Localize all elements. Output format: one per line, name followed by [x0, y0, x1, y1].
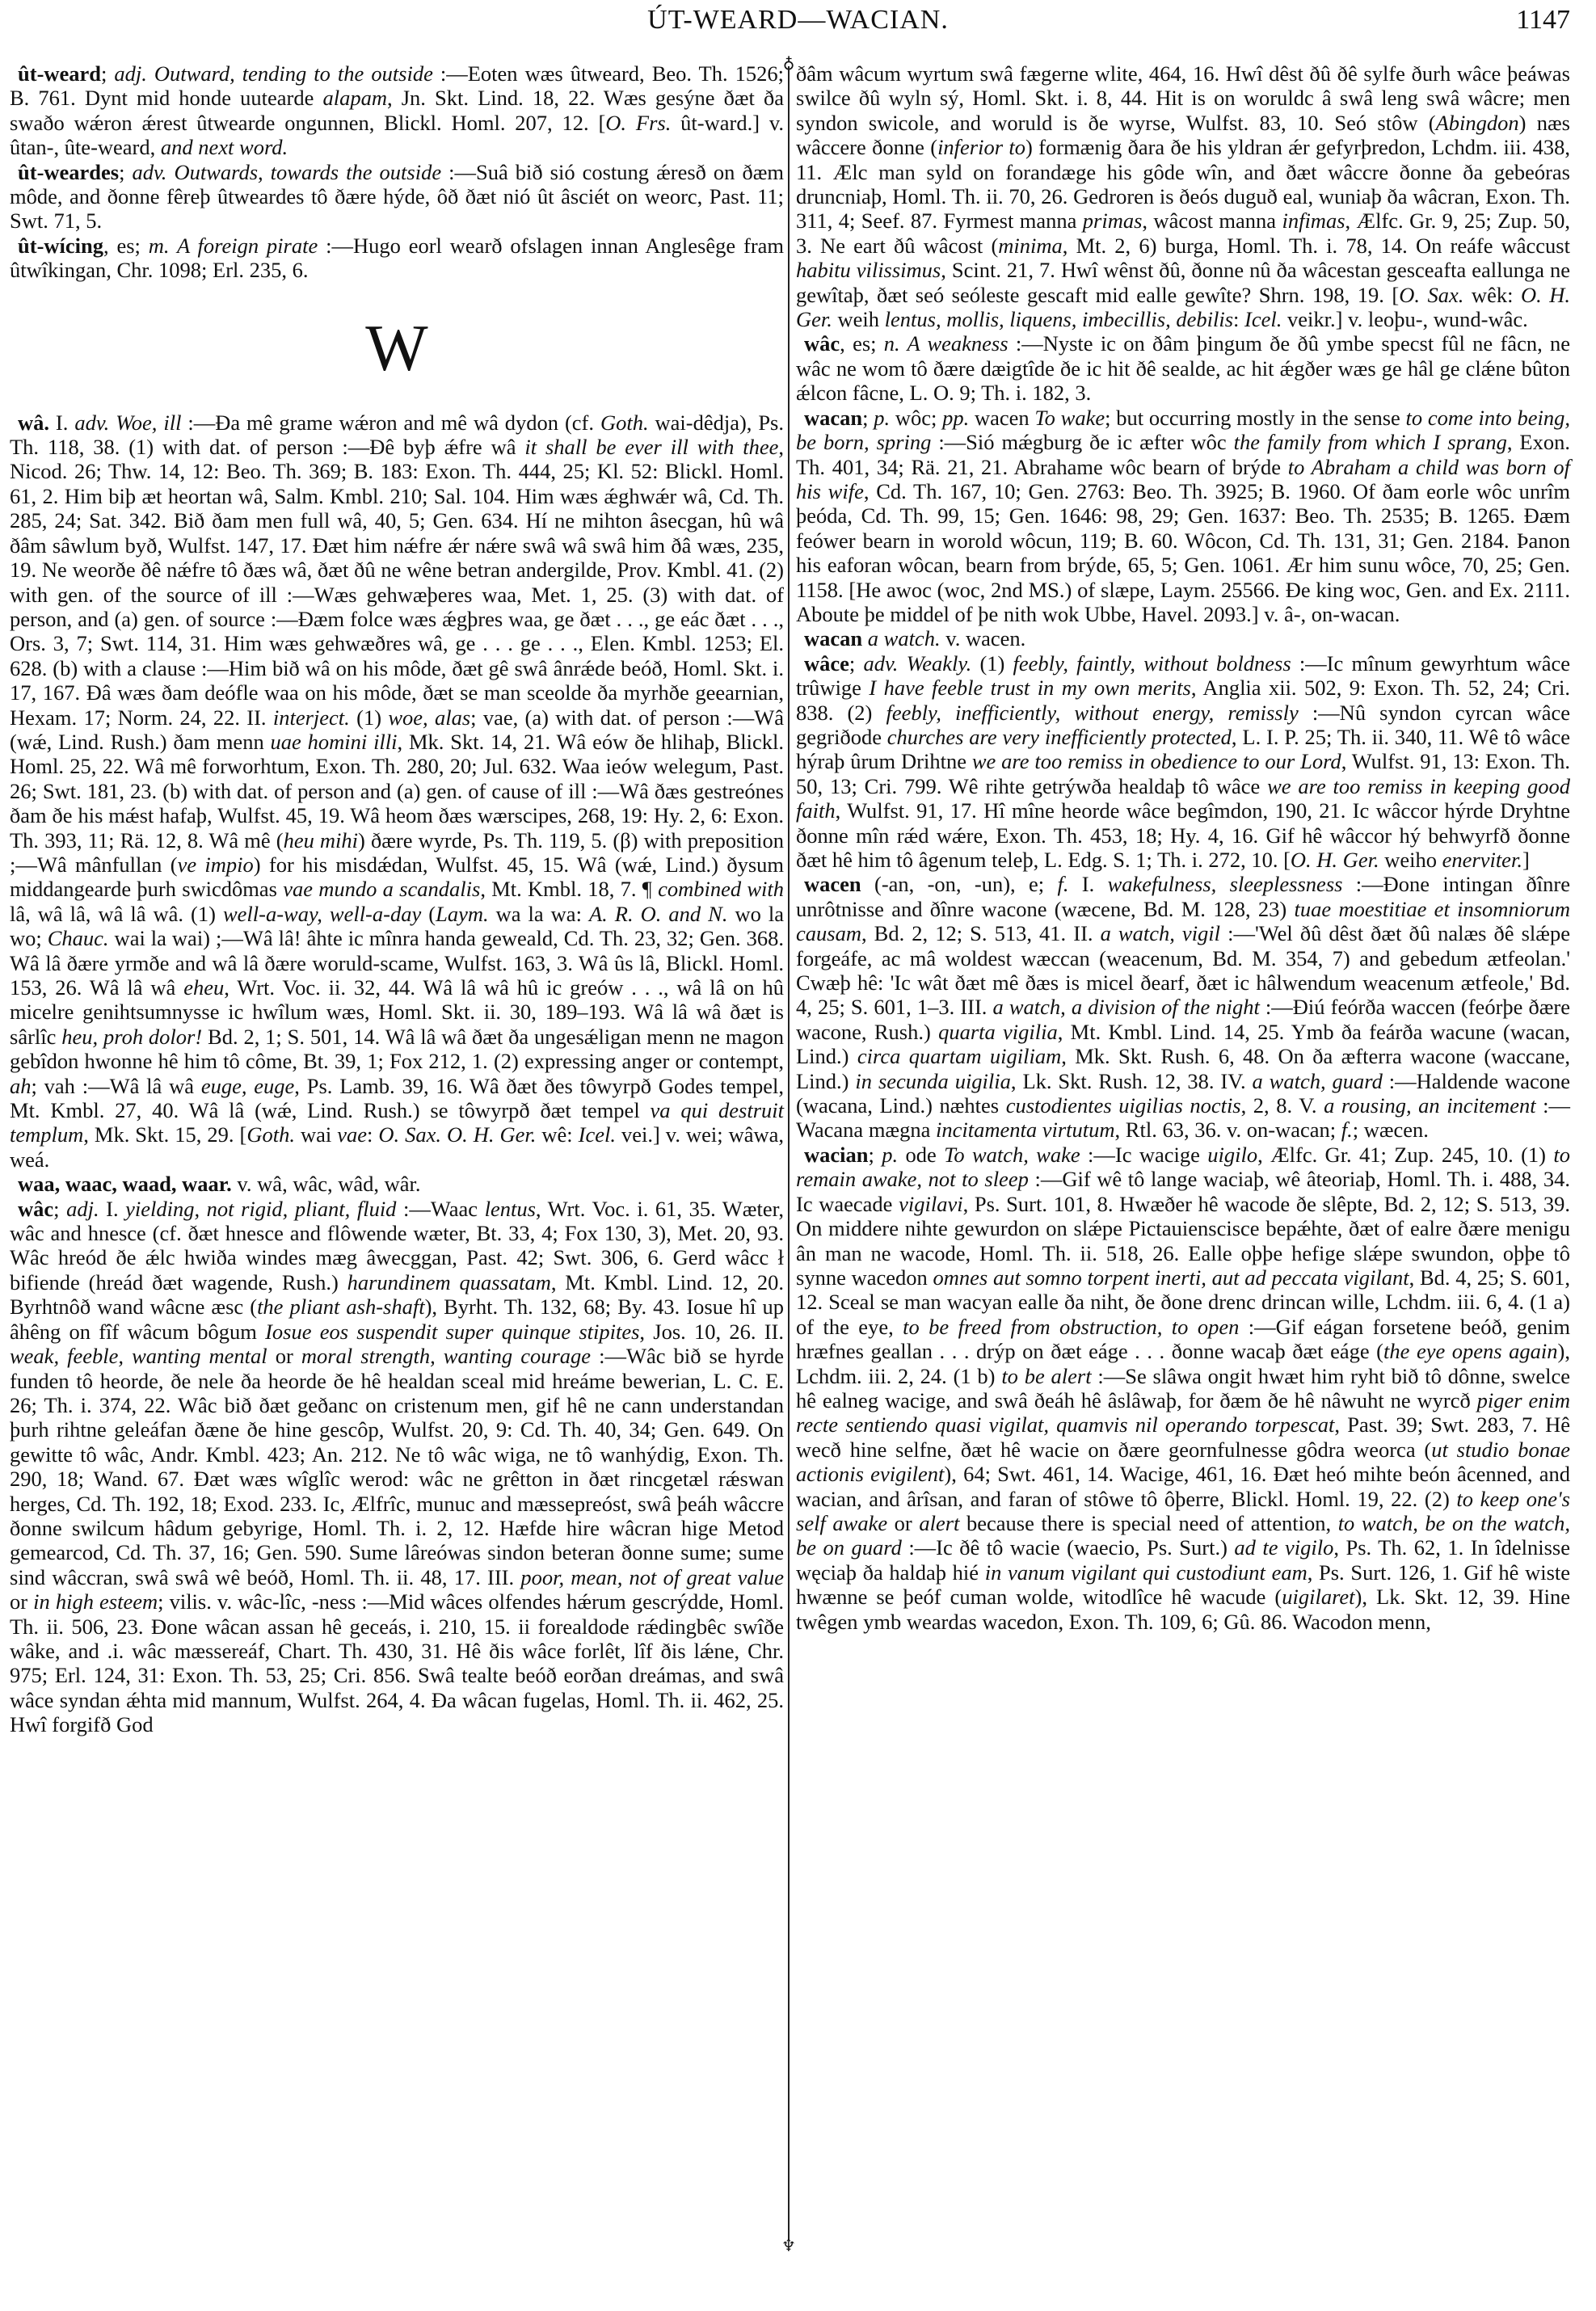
- entry-italic-text: harundinem quassatam: [347, 1270, 551, 1294]
- entry-italic-text: a watch, vigil: [1101, 921, 1220, 945]
- entry-italic-text: combined with: [658, 877, 784, 901]
- entry-italic-text: Icel.: [579, 1122, 616, 1147]
- dictionary-entry: wacian; p. ode To watch, wake :—Ic wacig…: [796, 1143, 1570, 1634]
- entry-text: , Mt. Kmbl. 18, 7. ¶: [480, 877, 658, 901]
- left-column: ût-weard; adj. Outward, tending to the o…: [10, 61, 784, 1737]
- entry-italic-text: O. Frs.: [605, 111, 671, 135]
- entry-text: :: [367, 1122, 378, 1147]
- entry-italic-text: churches are very inefficiently protecte…: [887, 725, 1232, 749]
- entry-italic-text: adj. Outward, tending to the outside: [114, 61, 432, 86]
- entry-italic-text: lentus, mollis, liquens, imbecillis, deb…: [885, 307, 1233, 331]
- dictionary-entry: wâce; adv. Weakly. (1) feebly, faintly, …: [796, 651, 1570, 873]
- entry-headword: wâce: [804, 651, 849, 676]
- entry-text: ; wæcen.: [1353, 1118, 1429, 1142]
- entry-headword: wacian: [804, 1143, 869, 1167]
- entry-text: ]: [1522, 848, 1530, 872]
- entry-text: (1): [971, 651, 1013, 676]
- entry-text: or: [887, 1511, 919, 1535]
- entry-italic-text: Iosue eos suspendit super quinque stipit…: [265, 1320, 639, 1344]
- running-title: ÚT-WEARD—WACIAN.: [0, 5, 1596, 36]
- entry-text: , 2, 8. V.: [1241, 1093, 1324, 1118]
- entry-italic-text: adv. Outwards, towards the outside: [133, 160, 442, 184]
- entry-italic-text: the eye opens again: [1383, 1339, 1558, 1363]
- entry-text: or: [267, 1344, 301, 1368]
- entry-text: ;: [53, 1197, 66, 1221]
- entry-italic-text: weak, feeble, wanting mental: [10, 1344, 267, 1368]
- entry-text: , Ælfc. Gr. 41; Zup. 245, 10. (1): [1257, 1143, 1553, 1167]
- dictionary-entry: ût-wícing, es; m. A foreign pirate :—Hug…: [10, 234, 784, 283]
- entry-italic-text: a watch, guard: [1253, 1069, 1383, 1093]
- entry-italic-text: heu, proh dolor!: [61, 1025, 202, 1049]
- entry-italic-text: n. A weakness: [884, 331, 1009, 356]
- entry-italic-text: feebly, inefficiently, without energy, r…: [886, 701, 1298, 725]
- entry-italic-text: euge, euge: [201, 1074, 294, 1098]
- dictionary-entry: wacen (-an, -on, -un), e; f. I. wakefuln…: [796, 872, 1570, 1142]
- entry-italic-text: adv. Woe, ill: [74, 410, 181, 435]
- entry-text: wai: [295, 1122, 337, 1147]
- entry-italic-text: To watch, wake: [944, 1143, 1080, 1167]
- entry-headword: wacan: [804, 406, 862, 430]
- dictionary-entry: ût-weardes; adv. Outwards, towards the o…: [10, 160, 784, 234]
- entry-text: :—Ic wacige: [1080, 1143, 1208, 1167]
- entry-headword: wâc: [804, 331, 840, 356]
- entry-italic-text: circa quartam uigiliam: [857, 1044, 1061, 1068]
- section-letter-heading: W: [10, 315, 784, 381]
- entry-italic-text: Laym.: [436, 902, 489, 926]
- entry-text: , Jos. 10, 26. II.: [639, 1320, 784, 1344]
- column-divider-rule: [788, 66, 790, 2240]
- entry-italic-text: f.: [1057, 872, 1068, 896]
- entry-text: ;: [119, 160, 132, 184]
- entry-italic-text: adj.: [66, 1197, 99, 1221]
- entry-italic-text: pp.: [942, 406, 969, 430]
- entry-text: , Lk. Skt. Rush. 12, 38. IV.: [1011, 1069, 1253, 1093]
- entry-italic-text: Chauc.: [48, 926, 109, 950]
- entry-text: , Mt. 2, 6) burga, Homl. Th. i. 78, 14. …: [1063, 234, 1570, 258]
- dictionary-entry: wâ. I. adv. Woe, ill :—Ða mê grame wǽron…: [10, 410, 784, 1172]
- entry-italic-text: it shall be ever ill with thee: [524, 435, 778, 459]
- entry-italic-text: Goth.: [600, 410, 649, 435]
- page-number: 1147: [1516, 5, 1570, 36]
- entry-text: :—Waac: [396, 1197, 484, 1221]
- entry-text: ;: [862, 406, 874, 430]
- entry-text: wê:: [536, 1122, 578, 1147]
- entry-italic-text: wakefulness, sleeplessness: [1108, 872, 1343, 896]
- entry-text: veikr.] v. leoþu-, wund-wâc.: [1282, 307, 1527, 331]
- entry-headword: ût-weardes: [18, 160, 119, 184]
- entry-text: ;: [849, 651, 864, 676]
- entry-italic-text: the pliant ash-shaft: [257, 1294, 425, 1319]
- entry-text: , Bd. 2, 12; S. 513, 41. II.: [861, 921, 1101, 945]
- entry-continuation: ðâm wâcum wyrtum swâ fægerne wlite, 464,…: [796, 61, 1570, 331]
- entry-headword: ût-wícing: [18, 234, 103, 258]
- entry-italic-text: Goth.: [246, 1122, 295, 1147]
- entry-text: weih: [832, 307, 885, 331]
- column-rule-bottom-ornament-icon: ♆: [781, 2238, 797, 2254]
- entry-italic-text: adv. Weakly.: [863, 651, 971, 676]
- entry-italic-text: incitamenta virtutum: [936, 1118, 1115, 1142]
- entry-italic-text: alapam: [322, 86, 387, 110]
- entry-italic-text: yielding, not rigid, pliant, fluid: [125, 1197, 396, 1221]
- entry-italic-text: to be alert: [1001, 1364, 1091, 1388]
- entry-text: :—Wâc bið se hyrde funden tô heorde, ðe …: [10, 1344, 784, 1589]
- entry-text: :: [1233, 307, 1244, 331]
- entry-text: :—Sió mǽgburg ðe ic æfter wôc: [931, 430, 1233, 454]
- entry-italic-text: lentus: [485, 1197, 536, 1221]
- entry-italic-text: and next word.: [161, 135, 288, 159]
- entry-italic-text: a watch, a division of the night: [992, 995, 1259, 1019]
- entry-italic-text: p.: [882, 1143, 898, 1167]
- entry-text: ode: [898, 1143, 944, 1167]
- entry-italic-text: ad te vigilo: [1234, 1535, 1333, 1560]
- entry-italic-text: O. Sax. O. H. Ger.: [378, 1122, 536, 1147]
- right-column: ðâm wâcum wyrtum swâ fægerne wlite, 464,…: [796, 61, 1570, 1634]
- entry-italic-text: vae mundo a scandalis: [283, 877, 480, 901]
- entry-text: I.: [1068, 872, 1107, 896]
- entry-headword: wacan: [804, 626, 862, 650]
- entry-text: , Cd. Th. 167, 10; Gen. 2763: Beo. Th. 3…: [796, 479, 1570, 626]
- entry-headword: wâc: [18, 1197, 53, 1221]
- dictionary-entry: wacan; p. wôc; pp. wacen To wake; but oc…: [796, 406, 1570, 627]
- entry-text: , es;: [840, 331, 884, 356]
- entry-italic-text: To wake: [1034, 406, 1105, 430]
- entry-italic-text: infimas: [1282, 208, 1345, 233]
- entry-italic-text: in secunda uigilia: [855, 1069, 1010, 1093]
- entry-italic-text: a watch.: [868, 626, 941, 650]
- entry-italic-text: omnes aut somno torpent inerti, aut ad p…: [933, 1265, 1409, 1290]
- entry-italic-text: vae: [337, 1122, 367, 1147]
- entry-italic-text: poor, mean, not of great value: [520, 1565, 784, 1589]
- entry-italic-text: ve impio: [178, 852, 254, 877]
- entry-text: weiho: [1379, 848, 1442, 872]
- entry-italic-text: O. H. Ger.: [1291, 848, 1379, 872]
- entry-text: ; but occurring mostly in the sense: [1105, 406, 1405, 430]
- entry-italic-text: we are too remiss in obedience to our Lo…: [972, 749, 1341, 773]
- entry-italic-text: heu mihi: [284, 828, 358, 852]
- entry-italic-text: quarta vigilia: [938, 1020, 1058, 1044]
- entry-text: :—Ic ðê tô wacie (waecio, Ps. Surt.): [902, 1535, 1235, 1560]
- entry-italic-text: p.: [874, 406, 890, 430]
- entry-text: , Mk. Skt. 15, 29. [: [83, 1122, 246, 1147]
- entry-text: I.: [99, 1197, 126, 1221]
- entry-italic-text: ah: [10, 1074, 32, 1098]
- entry-italic-text: inferior to: [937, 135, 1025, 159]
- dictionary-entry: waa, waac, waad, waar. v. wâ, wâc, wâd, …: [10, 1172, 784, 1196]
- entry-text: , es;: [103, 234, 149, 258]
- entry-text: , Rtl. 63, 36. v. on-wacan;: [1115, 1118, 1341, 1142]
- entry-italic-text: uae homini illi: [271, 730, 398, 754]
- entry-text: wacen: [969, 406, 1034, 430]
- entry-italic-text: custodientes uigilias noctis: [1006, 1093, 1241, 1118]
- entry-text: ;: [101, 61, 114, 86]
- entry-italic-text: uigilaret: [1282, 1585, 1354, 1609]
- entry-italic-text: woe, alas: [388, 705, 470, 730]
- entry-italic-text: enerviter.: [1442, 848, 1522, 872]
- running-head: ÚT-WEARD—WACIAN. 1147: [0, 5, 1596, 37]
- entry-italic-text: in vanum vigilant qui custodiunt eam: [985, 1560, 1308, 1585]
- entry-italic-text: feebly, faintly, without boldness: [1013, 651, 1291, 676]
- entry-text: wôc;: [890, 406, 942, 430]
- entry-text: (1): [350, 705, 389, 730]
- entry-italic-text: a rousing, an incitement: [1324, 1093, 1535, 1118]
- entry-italic-text: moral strength, wanting courage: [301, 1344, 591, 1368]
- entry-italic-text: m. A foreign pirate: [149, 234, 318, 258]
- entry-italic-text: uigilo: [1207, 1143, 1257, 1167]
- entry-text: v. wacen.: [941, 626, 1026, 650]
- entry-text: wa la wa:: [489, 902, 589, 926]
- entry-text: lâ, wâ lâ, wâ lâ wâ. (1): [10, 902, 223, 926]
- entry-italic-text: Icel.: [1244, 307, 1282, 331]
- entry-italic-text: vigilavi: [899, 1192, 962, 1216]
- entry-italic-text: interject.: [273, 705, 350, 730]
- entry-italic-text: well-a-way, well-a-day: [223, 902, 421, 926]
- entry-italic-text: A. R. O. and N.: [589, 902, 728, 926]
- entry-headword: waa, waac, waad, waar.: [18, 1172, 232, 1196]
- entry-headword: wâ.: [18, 410, 49, 435]
- entry-headword: wacen: [804, 872, 861, 896]
- entry-text: I.: [49, 410, 74, 435]
- entry-italic-text: O. Sax.: [1399, 283, 1463, 307]
- dictionary-entry: wâc; adj. I. yielding, not rigid, pliant…: [10, 1197, 784, 1737]
- entry-text: v. wâ, wâc, wâd, wâr.: [232, 1172, 421, 1196]
- entry-text: ;: [869, 1143, 882, 1167]
- entry-italic-text: Abingdon: [1436, 111, 1519, 135]
- entry-text: , Nicod. 26; Thw. 14, 12: Beo. Th. 369; …: [10, 435, 784, 729]
- entry-italic-text: eheu: [183, 975, 224, 1000]
- entry-text: or: [10, 1589, 33, 1614]
- entry-headword: ût-weard: [18, 61, 101, 86]
- entry-italic-text: primas: [1083, 208, 1143, 233]
- entry-text: wêk:: [1463, 283, 1521, 307]
- entry-text: , wâcost manna: [1142, 208, 1282, 233]
- dictionary-entry: ût-weard; adj. Outward, tending to the o…: [10, 61, 784, 160]
- entry-text: (: [421, 902, 436, 926]
- entry-text: ; vah :—Wâ lâ wâ: [32, 1074, 201, 1098]
- dictionary-entry: wâc, es; n. A weakness :—Nyste ic on ðâm…: [796, 331, 1570, 405]
- entry-text: (-an, -on, -un), e;: [861, 872, 1058, 896]
- entry-text: because there is special need of attenti…: [959, 1511, 1337, 1535]
- entry-text: :—Ða mê grame wǽron and mê wâ dydon (cf.: [181, 410, 600, 435]
- entry-italic-text: to be freed from obstruction, to open: [903, 1315, 1239, 1339]
- entry-text: [862, 626, 868, 650]
- entry-italic-text: f.: [1341, 1118, 1353, 1142]
- entry-italic-text: in high esteem: [33, 1589, 158, 1614]
- entry-italic-text: minima: [998, 234, 1063, 258]
- entry-italic-text: I have feeble trust in my own merits: [869, 676, 1191, 700]
- entry-italic-text: habitu vilissimus: [796, 258, 941, 282]
- dictionary-entry: wacan a watch. v. wacen.: [796, 626, 1570, 650]
- entry-italic-text: alert: [919, 1511, 959, 1535]
- entry-italic-text: the family from which I sprang: [1234, 430, 1507, 454]
